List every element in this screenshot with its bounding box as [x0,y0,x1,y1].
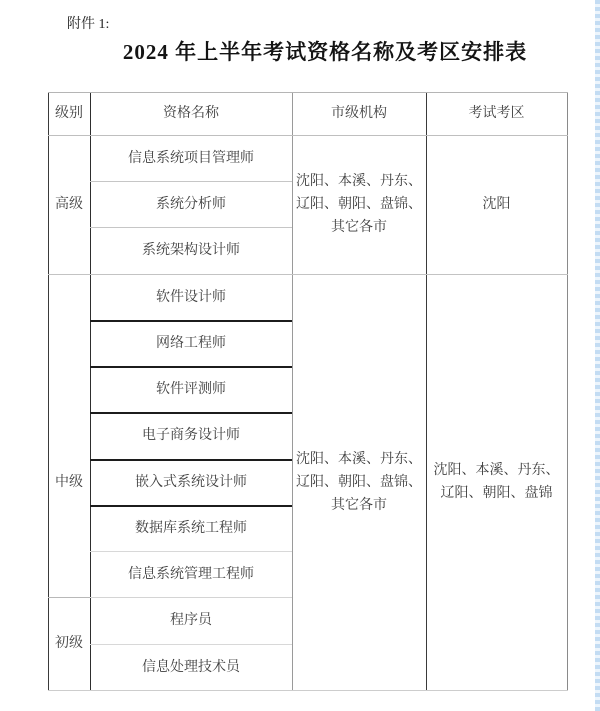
header-level: 级别 [48,92,90,135]
qualification-row: 信息处理技术员 [90,644,292,690]
exam-area-line: 辽阳、朝阳、盘锦 [441,482,553,505]
table-border [567,92,568,690]
header-exam-area: 考试考区 [426,92,567,135]
municipal-line: 其它各市 [331,216,387,239]
municipal-cell-upper: 沈阳、本溪、丹东、 辽阳、朝阳、盘锦、 其它各市 [292,135,426,274]
municipal-line: 辽阳、朝阳、盘锦、 [296,193,422,216]
header-municipal: 市级机构 [292,92,426,135]
exam-area-cell-lower: 沈阳、本溪、丹东、 辽阳、朝阳、盘锦 [426,274,567,690]
qualification-row: 程序员 [90,597,292,644]
municipal-line: 辽阳、朝阳、盘锦、 [296,471,422,494]
qualification-row: 网络工程师 [90,320,292,366]
page-title: 2024 年上半年考试资格名称及考区安排表 [50,36,600,66]
qualification-row: 软件评测师 [90,366,292,412]
municipal-line: 沈阳、本溪、丹东、 [296,448,422,471]
qualification-row: 信息系统管理工程师 [90,551,292,597]
qualification-row: 嵌入式系统设计师 [90,459,292,505]
attachment-label: 附件 1: [67,13,109,33]
qualification-row: 数据库系统工程师 [90,505,292,551]
qualification-row: 系统分析师 [90,181,292,227]
header-qualification: 资格名称 [90,92,292,135]
municipal-line: 沈阳、本溪、丹东、 [296,170,422,193]
document-page: 附件 1: 2024 年上半年考试资格名称及考区安排表 级别 资格名称 市级机构… [0,0,600,711]
table-border [48,690,568,691]
exam-area-cell-upper: 沈阳 [426,135,567,274]
qualification-row: 软件设计师 [90,274,292,320]
level-cell-junior: 初级 [48,597,90,690]
page-edge-marker [595,0,600,711]
level-cell-senior: 高级 [48,135,90,274]
qualification-row: 系统架构设计师 [90,227,292,274]
qualification-row: 信息系统项目管理师 [90,135,292,181]
municipal-line: 其它各市 [331,494,387,517]
qualification-row: 电子商务设计师 [90,412,292,459]
municipal-cell-lower: 沈阳、本溪、丹东、 辽阳、朝阳、盘锦、 其它各市 [292,274,426,690]
exam-area-line: 沈阳、本溪、丹东、 [434,459,560,482]
